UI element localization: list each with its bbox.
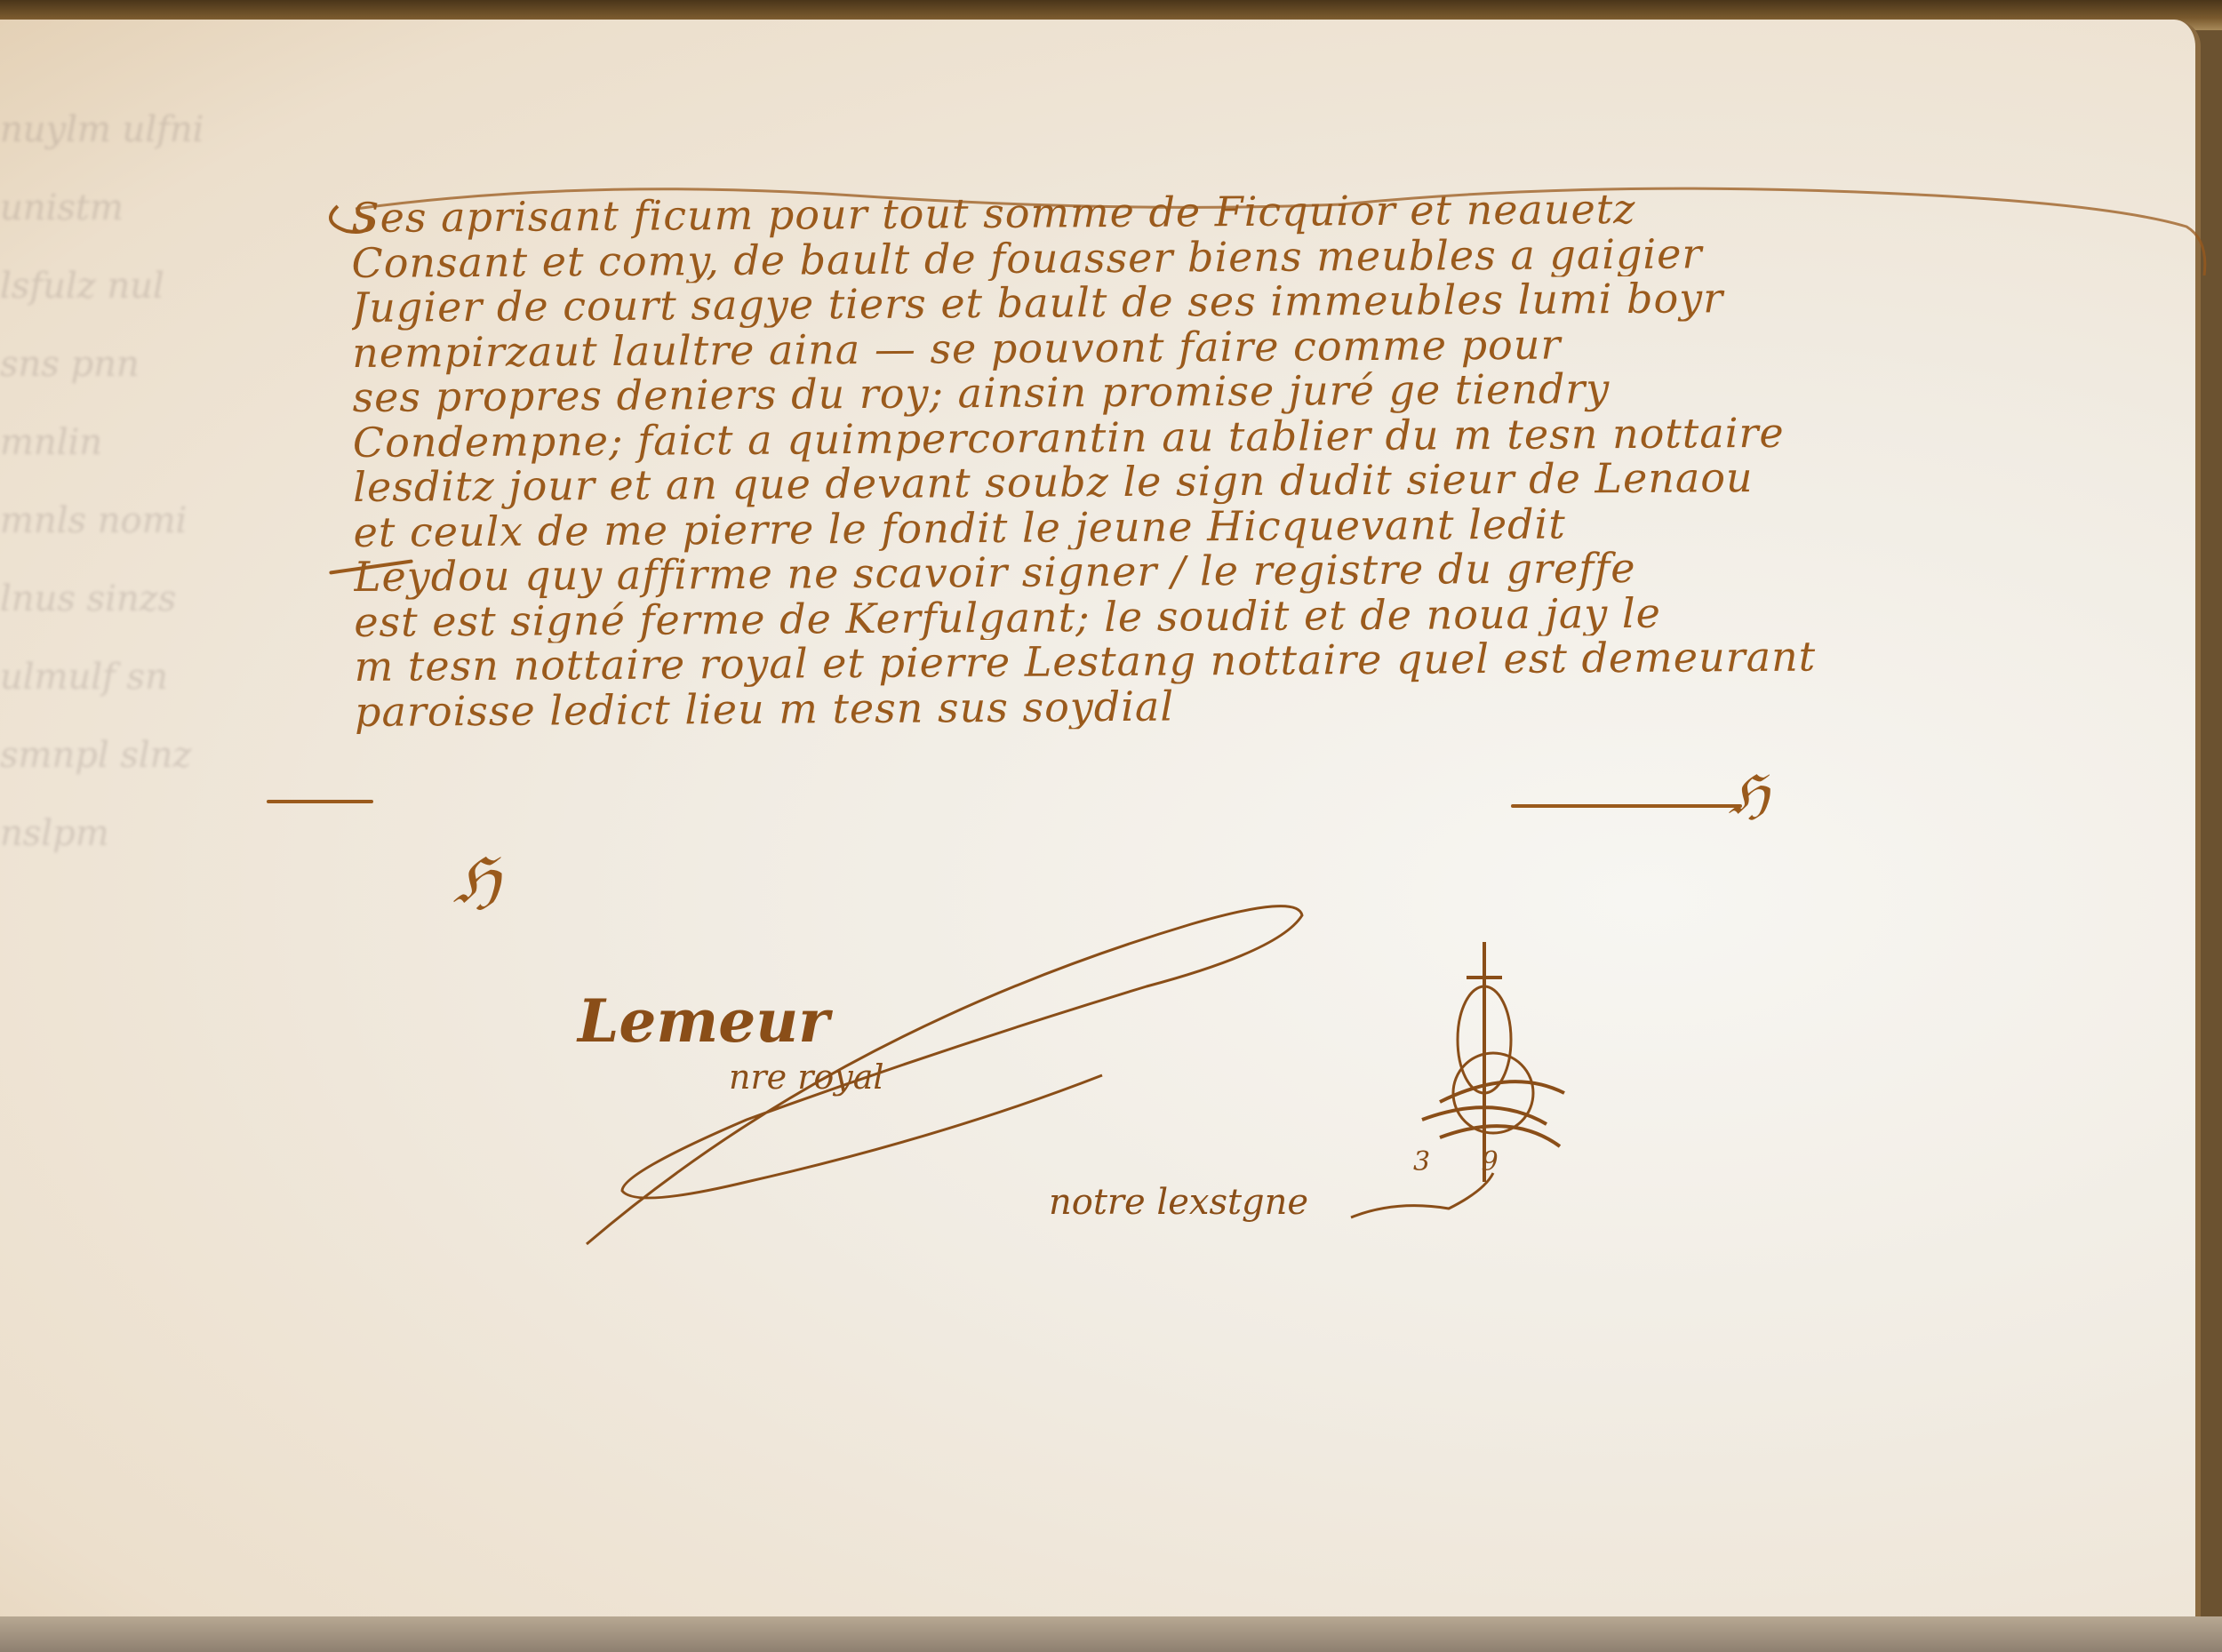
bleed-line: mnlin xyxy=(0,403,338,482)
bleed-line: mnls nomi xyxy=(0,482,338,560)
signature-footer: notre lexstgne xyxy=(1049,1182,1308,1223)
signature-numbers: 3 9 xyxy=(1413,1146,1520,1177)
bleed-line: unistm xyxy=(0,169,338,247)
signature-name: Lemeur xyxy=(578,986,829,1056)
margin-dash xyxy=(1511,804,1742,808)
bleed-line: ulmulf sn xyxy=(0,638,338,716)
book-edge-bottom xyxy=(0,1616,2222,1652)
margin-dash xyxy=(267,800,373,803)
signature-title: nre royal xyxy=(729,1057,884,1097)
manuscript-body: Ses aprisant ficum pour tout somme de Fi… xyxy=(351,182,2203,734)
bleed-line: nslpm xyxy=(0,794,338,873)
bleed-line: sns pnn xyxy=(0,325,338,403)
paraph-mark-left: ℌ xyxy=(453,844,500,917)
bleed-line: lsfulz nul xyxy=(0,247,338,325)
bleed-line: nuylm ulfni xyxy=(0,91,338,169)
bleed-through-text: nuylm ulfni unistm lsfulz nul sns pnn mn… xyxy=(0,91,338,1157)
bleed-line: lnus sinzs xyxy=(0,560,338,638)
bleed-line: smnpl slnz xyxy=(0,716,338,794)
paraph-mark-end: ℌ xyxy=(1729,764,1769,826)
